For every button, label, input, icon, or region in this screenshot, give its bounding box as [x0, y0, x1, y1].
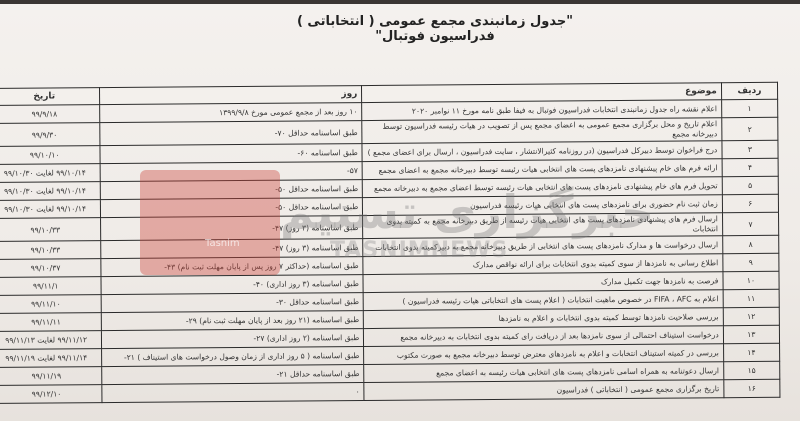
- row-number: ۱۳: [723, 325, 779, 343]
- row-day: طبق اساسنامه ( ۵ روز اداری از زمان وصول …: [102, 347, 364, 367]
- row-number: ۱۵: [723, 361, 779, 379]
- row-date: ۹۹/۱۰/۱۰: [0, 146, 100, 165]
- row-day: طبق اساسنامه (۲۱ روز بعد از پایان مهلت ث…: [102, 311, 364, 331]
- row-number: ۸: [722, 235, 778, 253]
- row-number: ۹: [723, 253, 779, 271]
- row-number: ۵: [722, 176, 778, 194]
- row-date: ۹۹/۱۱/۱۹: [0, 367, 102, 386]
- header-row-no: ردیف: [721, 82, 777, 99]
- row-date: ۹۹/۱۰/۳۳: [0, 218, 101, 242]
- row-day: طبق اساسنامه حداقل ۲۱-: [102, 365, 364, 385]
- row-date: ۹۹/۱۰/۱۴ لغایت ۹۹/۱۰/۳۰: [0, 182, 101, 201]
- row-date: ۹۹/۱۰/۳۳: [0, 241, 101, 260]
- row-number: ۱۰: [723, 271, 779, 289]
- watermark-text-en: TASNIMNEWS: [330, 238, 508, 263]
- row-day: ۰: [102, 383, 364, 403]
- header-date: تاریخ: [0, 88, 100, 106]
- row-number: ۲: [722, 117, 778, 140]
- row-date: ۹۹/۹/۱۸: [0, 105, 100, 124]
- row-day: طبق اساسنامه حداقل ۷۰-: [100, 121, 362, 146]
- row-day: ۱۰ روز بعد از مجمع عمومی مورخ ۱۳۹۹/۹/۸: [100, 103, 362, 123]
- row-number: ۱: [721, 99, 777, 117]
- row-number: ۷: [722, 212, 778, 235]
- row-date: ۹۹/۱۱/۱۱: [0, 313, 102, 332]
- row-subject: اعلام تاریخ و محل برگزاری مجمع عمومی به …: [362, 118, 722, 144]
- row-number: ۱۲: [723, 307, 779, 325]
- document-title: "جدول زمانبندی مجمع عمومی ( انتخاباتی ) …: [270, 14, 600, 44]
- row-date: ۹۹/۱۲/۱۰: [0, 385, 102, 404]
- row-date: ۹۹/۱۰/۱۴ لغایت ۹۹/۱۰/۳۰: [0, 200, 101, 219]
- row-number: ۱۱: [723, 289, 779, 307]
- row-day: طبق اساسنامه حداقل ۳۰-: [101, 293, 363, 313]
- row-date: ۹۹/۱۱/۱۴ لغایت ۹۹/۱۱/۱۹: [0, 349, 102, 368]
- watermark-small-text: Tasnim: [205, 238, 240, 249]
- header-day: روز: [100, 86, 362, 105]
- row-number: ۱۴: [723, 343, 779, 361]
- row-number: ۳: [722, 140, 778, 158]
- row-day: طبق اساسنامه (۳ روز اداری) ۴۰-: [101, 275, 363, 295]
- row-day: طبق اساسنامه (۲ روز اداری) ۲۷-: [102, 329, 364, 349]
- row-date: ۹۹/۱۰/۱۴ لغایت ۹۹/۱۰/۳۰: [0, 164, 101, 183]
- row-date: ۹۹/۱۱/۱: [0, 277, 101, 296]
- row-number: ۴: [722, 158, 778, 176]
- row-day: طبق اساسنامه ۶۰-: [100, 144, 362, 164]
- row-number: ۱۶: [724, 379, 780, 397]
- watermark-logo: [140, 170, 280, 275]
- row-subject: تاریخ برگزاری مجمع عمومی ( انتخاباتی ) ف…: [364, 380, 724, 401]
- row-date: ۹۹/۱۱/۱۲ لغایت ۹۹/۱۱/۱۳: [0, 331, 102, 350]
- row-number: ۶: [722, 194, 778, 212]
- row-date: ۹۹/۱۰/۳۷: [0, 259, 101, 278]
- watermark-text-fa: خبرگزاری تسنیم: [280, 185, 654, 239]
- row-date: ۹۹/۱۱/۱۰: [0, 295, 102, 314]
- row-date: ۹۹/۹/۳۰: [0, 123, 100, 147]
